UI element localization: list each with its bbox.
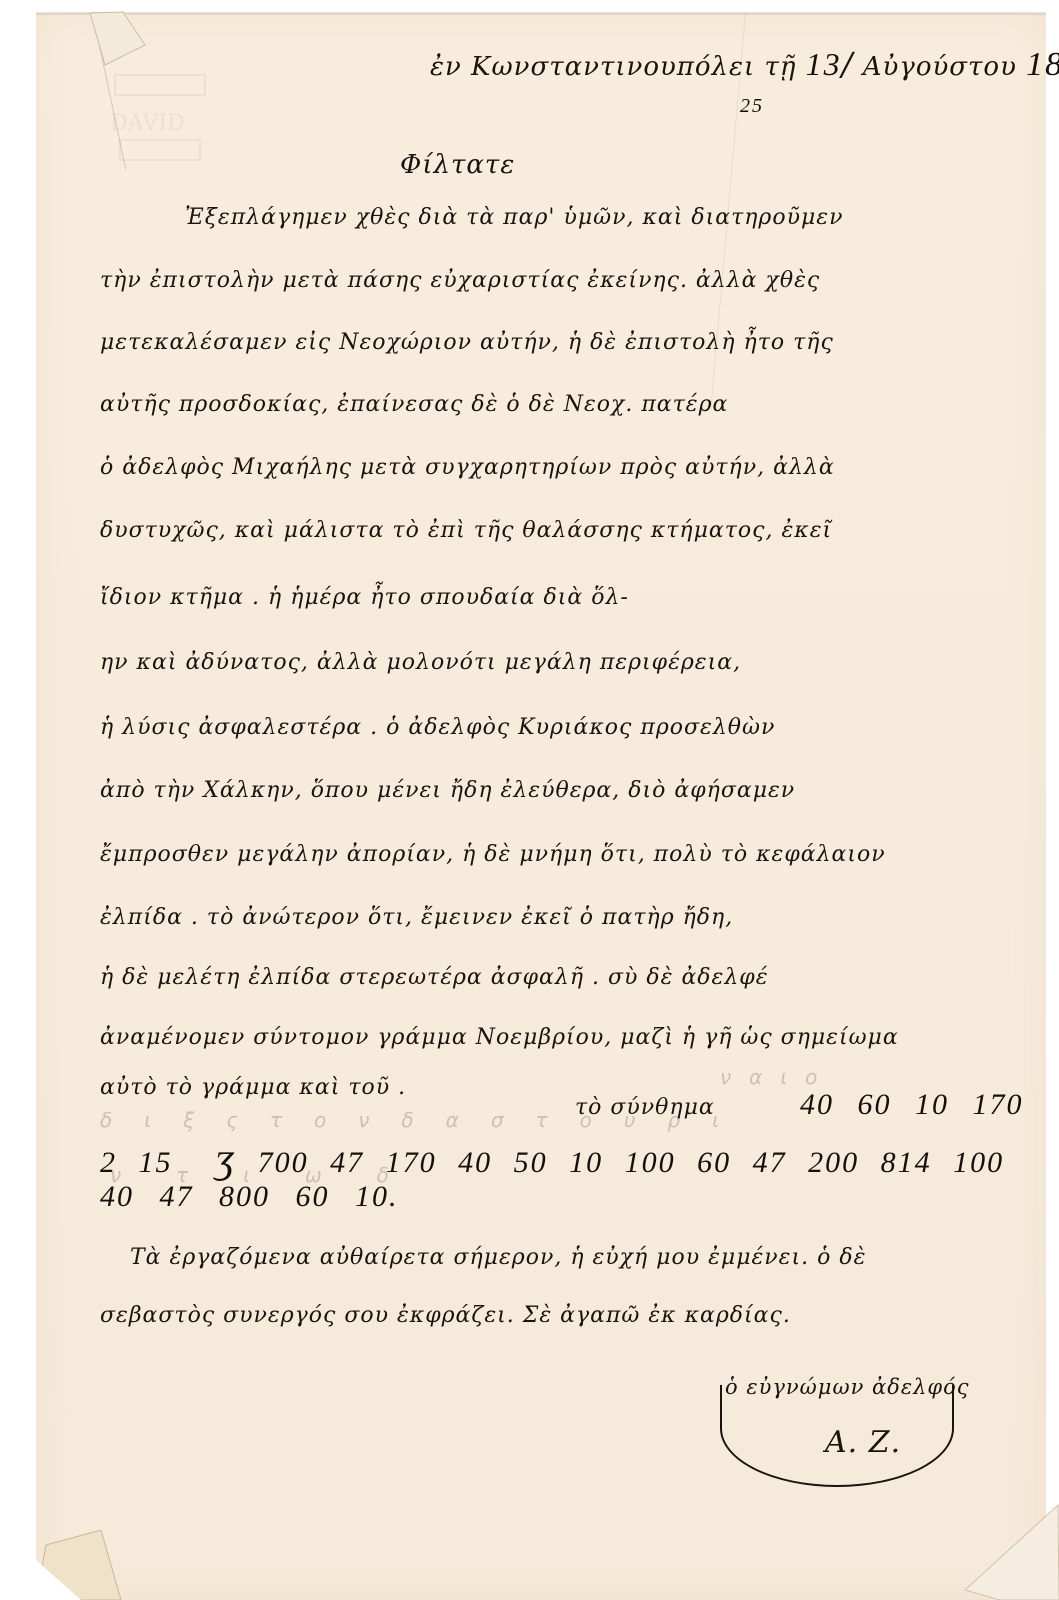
date-year: 1848 xyxy=(1026,46,1059,83)
date-day: 13 xyxy=(806,46,842,82)
body-line-12: ἐλπίδα . τὸ ἀνώτερον ὅτι, ἔμεινεν ἐκεῖ ὁ… xyxy=(100,905,733,930)
body-line-15: αὐτὸ τὸ γράμμα καὶ τοῦ . xyxy=(100,1075,406,1100)
body-line-11: ἔμπροσθεν μεγάλην ἀπορίαν, ἡ δὲ μνήμη ὅτ… xyxy=(100,842,886,867)
cipher-row-3: 40 47 800 60 10. xyxy=(100,1180,399,1214)
date-line: ἐν Κωνσταντινουπόλει τῇ 13/ Αὐγούστου 18… xyxy=(430,45,1059,84)
salutation: Φίλτατε xyxy=(400,150,515,180)
paper-top-edge xyxy=(36,12,1046,15)
body-line-5: ὁ ἀδελφὸς Μιχαήλης μετὰ συγχαρητηρίων πρ… xyxy=(100,455,835,480)
closing-line-2: σεβαστὸς συνεργός σου ἐκφράζει. Σὲ ἀγαπῶ… xyxy=(100,1303,791,1328)
body-line-10: ἀπὸ τὴν Χάλκην, ὅπου μένει ἤδη ἐλεύθερα,… xyxy=(100,778,795,803)
body-line-7: ἴδιον κτῆμα . ἡ ἡμέρα ἦτο σπουδαία διὰ ὅ… xyxy=(100,585,629,610)
cipher-row-1: 40 60 10 170 xyxy=(800,1088,1024,1122)
letter-paper xyxy=(36,13,1046,1600)
closing-line-1: Τὰ ἐργαζόμενα αὐθαίρετα σήμερον, ἡ εὐχή … xyxy=(130,1245,866,1270)
date-prefix: τῇ xyxy=(764,52,796,82)
folded-corner-bottom-left-icon xyxy=(36,1530,126,1600)
date-place: ἐν Κωνσταντινουπόλει xyxy=(430,52,755,82)
cipher-row-2: 2 15 ʒ 700 47 170 40 50 10 100 60 47 200… xyxy=(100,1135,1004,1183)
body-line-9: ἡ λύσις ἀσφαλεστέρα . ὁ ἀδελφὸς Κυριάκος… xyxy=(100,715,775,740)
cipher-intro: τὸ σύνθημα xyxy=(575,1095,715,1120)
body-line-4: αὐτῆς προσδοκίας, ἐπαίνεσας δὲ ὁ δὲ Νεοχ… xyxy=(100,392,728,417)
body-line-14: ἀναμένομεν σύντομον γράμμα Νοεμβρίου, μα… xyxy=(100,1025,899,1050)
body-line-2: τὴν ἐπιστολὴν μετὰ πάσης εὐχαριστίας ἐκε… xyxy=(100,268,820,293)
folded-corner-bottom-right-icon xyxy=(960,1480,1059,1600)
pencil-annotation-row1: ναιο xyxy=(720,1065,835,1089)
body-line-6: δυστυχῶς, καὶ μάλιστα τὸ ἐπὶ τῆς θαλάσση… xyxy=(100,518,832,543)
date-day-alt: 25 xyxy=(740,95,764,118)
body-line-8: ην καὶ ἀδύνατος, ἀλλὰ μολονότι μεγάλη πε… xyxy=(100,650,741,675)
svg-text:DAVID: DAVID xyxy=(110,111,185,136)
body-line-3: μετεκαλέσαμεν εἰς Νεοχώριον αὐτήν, ἡ δὲ … xyxy=(100,330,834,355)
date-month: Αὐγούστου xyxy=(863,52,1017,82)
body-line-1: Ἐξεπλάγημεν χθὲς διὰ τὰ παρ' ὑμῶν, καὶ δ… xyxy=(185,205,843,230)
body-line-13: ἡ δὲ μελέτη ἐλπίδα στερεωτέρα ἀσφαλῆ . σ… xyxy=(100,965,769,990)
folded-corner-top-left-icon xyxy=(85,10,150,70)
